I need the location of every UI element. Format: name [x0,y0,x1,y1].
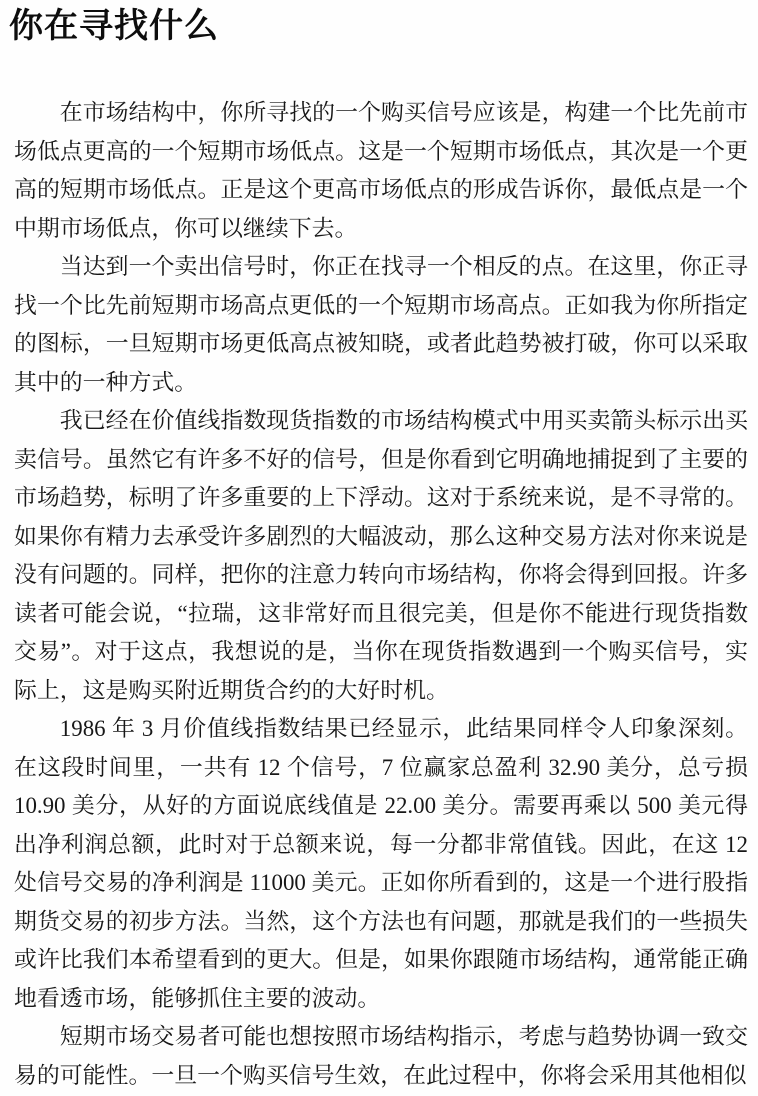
body-text: 在市场结构中，你所寻找的一个购买信号应该是，构建一个比先前市场低点更高的一个短期… [14,94,748,1095]
paragraph-1986-results: 1986 年 3 月价值线指数结果已经显示，此结果同样令人印象深刻。在这段时间里… [14,710,748,1018]
paragraph-buy-signal: 在市场结构中，你所寻找的一个购买信号应该是，构建一个比先前市场低点更高的一个短期… [14,94,748,248]
book-page: 你在寻找什么 在市场结构中，你所寻找的一个购买信号应该是，构建一个比先前市场低点… [0,0,758,1096]
paragraph-sell-signal: 当达到一个卖出信号时，你正在找寻一个相反的点。在这里，你正寻找一个比先前短期市场… [14,248,748,402]
paragraph-value-line-pattern: 我已经在价值线指数现货指数的市场结构模式中用买卖箭头标示出买卖信号。虽然它有许多… [14,402,748,710]
paragraph-short-term-traders: 短期市场交易者可能也想按照市场结构指示，考虑与趋势协调一致交易的可能性。一旦一个… [14,1018,748,1095]
page-title: 你在寻找什么 [9,8,748,45]
